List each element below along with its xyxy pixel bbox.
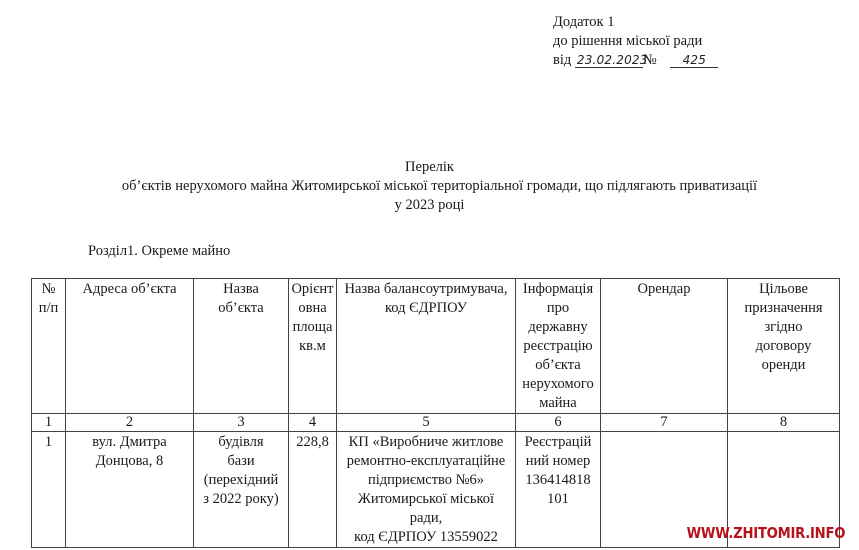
cell-object-name: будівлябази(перехіднийз 2022 року) [194,432,289,548]
annex-title: Додаток 1 [553,13,718,32]
title-line-1: Перелік [0,158,859,177]
title-line-3: у 2023 році [0,196,859,215]
header-area: Орієнтовнаплощакв.м [289,279,337,414]
header-line: Орендар [602,280,726,299]
header-line: Адреса об’єкта [67,280,192,299]
cell-line: вул. Дмитра [67,433,192,452]
header-line: кв.м [290,337,335,356]
header-line: договору [729,337,838,356]
cell-line: підприємство №6» [338,471,514,490]
decision-number: 425 [670,53,718,68]
cell-line: Реєстрацій [517,433,599,452]
cell-line: КП «Виробниче житлове [338,433,514,452]
decision-date: 23.02.2023 [575,53,643,68]
header-line: Інформація [517,280,599,299]
header-line: об’єкта [517,356,599,375]
site-watermark: WWW.ZHITOMIR.INFO [686,524,845,542]
header-line: про [517,299,599,318]
column-number: 4 [289,414,337,432]
document-title: Перелік об’єктів нерухомого майна Житоми… [0,158,859,215]
header-line: майна [517,394,599,413]
header-line: Цільове [729,280,838,299]
header-address: Адреса об’єкта [66,279,194,414]
title-line-2: об’єктів нерухомого майна Житомирської м… [20,177,859,196]
column-number: 5 [337,414,516,432]
table-header-row: №п/пАдреса об’єктаНазваоб’єктаОрієнтовна… [32,279,840,414]
column-number: 8 [728,414,840,432]
annex-decision: до рішення міської ради [553,32,718,51]
number-sign: № [643,52,657,68]
column-number: 6 [516,414,601,432]
cell-address: вул. ДмитраДонцова, 8 [66,432,194,548]
header-line: п/п [33,299,64,318]
cell-no: 1 [32,432,66,548]
cell-line: Донцова, 8 [67,452,192,471]
column-number: 1 [32,414,66,432]
header-line: реєстрацію [517,337,599,356]
cell-line: з 2022 року) [195,490,287,509]
header-line: оренди [729,356,838,375]
header-line: овна [290,299,335,318]
section-heading: Розділ1. Окреме майно [88,243,230,260]
property-table: №п/пАдреса об’єктаНазваоб’єктаОрієнтовна… [31,278,840,548]
cell-line: ремонтно-експлуатаційне [338,452,514,471]
header-line: Назва балансоутримувача, [338,280,514,299]
annex-block: Додаток 1 до рішення міської ради від 23… [553,13,718,70]
cell-line: код ЄДРПОУ 13559022 [338,528,514,547]
cell-line: Житомирської міської [338,490,514,509]
column-number: 7 [601,414,728,432]
annex-date-line: від 23.02.2023№ 425 [553,51,718,70]
header-no: №п/п [32,279,66,414]
header-line: Назва [195,280,287,299]
cell-line: ний номер [517,452,599,471]
cell-area: 228,8 [289,432,337,548]
cell-line: бази [195,452,287,471]
cell-line: будівля [195,433,287,452]
cell-line: 136414818 [517,471,599,490]
header-object-name: Назваоб’єкта [194,279,289,414]
header-line: Орієнт [290,280,335,299]
header-tenant: Орендар [601,279,728,414]
header-line: нерухомого [517,375,599,394]
column-number-row: 12345678 [32,414,840,432]
cell-line: (перехідний [195,471,287,490]
header-line: згідно [729,318,838,337]
cell-registration: Реєстраційний номер136414818101 [516,432,601,548]
column-number: 3 [194,414,289,432]
header-line: державну [517,318,599,337]
header-purpose: Цільовепризначеннязгіднодоговоруоренди [728,279,840,414]
header-line: призначення [729,299,838,318]
header-line: код ЄДРПОУ [338,299,514,318]
header-line: № [33,280,64,299]
date-prefix: від [553,52,571,68]
header-registration: Інформаціяпродержавнуреєстраціюоб’єктане… [516,279,601,414]
column-number: 2 [66,414,194,432]
header-line: об’єкта [195,299,287,318]
cell-line: ради, [338,509,514,528]
header-balance-holder: Назва балансоутримувача,код ЄДРПОУ [337,279,516,414]
header-line: площа [290,318,335,337]
cell-line: 101 [517,490,599,509]
cell-balance-holder: КП «Виробниче житловеремонтно-експлуатац… [337,432,516,548]
